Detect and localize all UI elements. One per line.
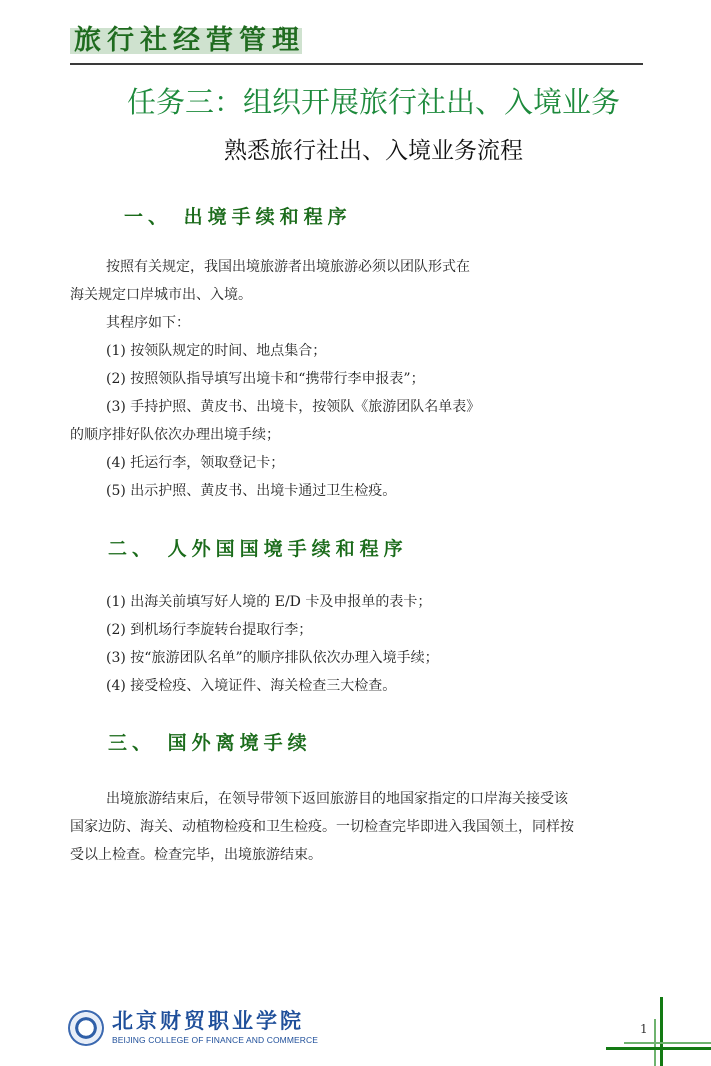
corner-decoration-line (606, 1047, 711, 1050)
list-item: (2) 到机场行李旋转台提取行李； (70, 616, 312, 644)
page-subtitle: 熟悉旅行社出、入境业务流程 (0, 133, 711, 169)
paragraph-line: 海关规定口岸城市出、入境。 (70, 281, 252, 309)
paragraph-line: 其程序如下： (70, 309, 190, 337)
list-item: (3) 手持护照、黄皮书、出境卡，按领队《旅游团队名单表》 (70, 393, 480, 421)
list-item: (1) 出海关前填写好人境的 E/D 卡及申报单的表卡； (70, 588, 431, 616)
list-item-continuation: 的顺序排好队依次办理出境手续； (70, 421, 280, 449)
paragraph-line: 出境旅游结束后，在领导带领下返回旅游目的地国家指定的口岸海关接受该 (70, 785, 568, 813)
paragraph-line: 受以上检查。检查完毕，出境旅游结束。 (70, 841, 322, 869)
section-heading-exit-procedures: 一、 出境手续和程序 (124, 203, 352, 231)
paragraph-line: 国家边防、海关、动植物检疫和卫生检疫。一切检查完毕即进入我国领土，同样按 (70, 813, 574, 841)
list-item: (5) 出示护照、黄皮书、出境卡通过卫生检疫。 (70, 477, 396, 505)
list-item: (4) 接受检疫、入境证件、海关检查三大检查。 (70, 672, 396, 700)
list-item: (1) 按领队规定的时间、地点集合； (70, 337, 326, 365)
header-divider (70, 63, 643, 65)
corner-decoration-line (624, 1042, 711, 1044)
corner-decoration-line (660, 997, 663, 1066)
page-title: 任务三：组织开展旅行社出、入境业务 (0, 80, 711, 124)
section-heading-entry-procedures: 二、 人外国国境手续和程序 (108, 535, 408, 563)
college-logo: 北京财贸职业学院 BEIJING COLLEGE OF FINANCE AND … (68, 1008, 308, 1050)
list-item: (2) 按照领队指导填写出境卡和“携带行李申报表”； (70, 365, 425, 393)
college-name-chinese: 北京财贸职业学院 (112, 1008, 304, 1034)
list-item: (4) 托运行李，领取登记卡； (70, 449, 284, 477)
page-number: 1 (640, 1022, 648, 1036)
paragraph-line: 按照有关规定，我国出境旅游者出境旅游必须以团队形式在 (70, 253, 470, 281)
section-heading-departure-procedures: 三、 国外离境手续 (108, 729, 312, 757)
header-title: 旅行社经营管理 (74, 24, 305, 58)
college-name-english: BEIJING COLLEGE OF FINANCE AND COMMERCE (112, 1035, 318, 1045)
college-emblem-icon (68, 1010, 104, 1046)
list-item: (3) 按“旅游团队名单”的顺序排队依次办理入境手续； (70, 644, 439, 672)
